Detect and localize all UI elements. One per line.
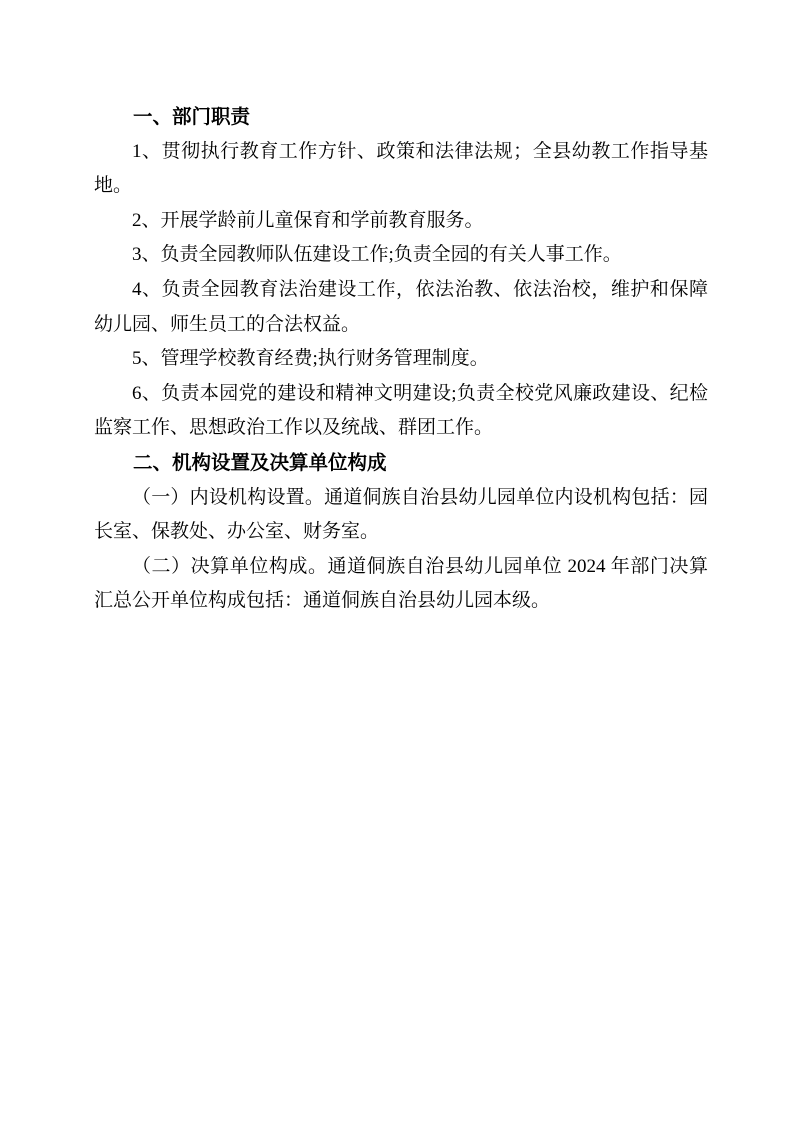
paragraph-internal-structure: （一）内设机构设置。通道侗族自治县幼儿园单位内设机构包括：园长室、保教处、办公室… — [94, 481, 708, 550]
paragraph-duty-6: 6、负责本园党的建设和精神文明建设;负责全校党风廉政建设、纪检监察工作、思想政治… — [94, 377, 708, 446]
section-heading-duties: 一、部门职责 — [94, 100, 708, 135]
paragraph-duty-1: 1、贯彻执行教育工作方针、政策和法律法规；全县幼教工作指导基地。 — [94, 135, 708, 204]
paragraph-duty-4: 4、负责全园教育法治建设工作，依法治教、依法治校，维护和保障幼儿园、师生员工的合… — [94, 273, 708, 342]
paragraph-unit-composition: （二）决算单位构成。通道侗族自治县幼儿园单位 2024 年部门决算汇总公开单位构… — [94, 550, 708, 619]
document-page: 一、部门职责 1、贯彻执行教育工作方针、政策和法律法规；全县幼教工作指导基地。 … — [0, 0, 793, 1122]
paragraph-duty-5: 5、管理学校教育经费;执行财务管理制度。 — [94, 342, 708, 377]
paragraph-duty-2: 2、开展学龄前儿童保育和学前教育服务。 — [94, 204, 708, 239]
section-heading-organization: 二、机构设置及决算单位构成 — [94, 446, 708, 481]
paragraph-duty-3: 3、负责全园教师队伍建设工作;负责全园的有关人事工作。 — [94, 238, 708, 273]
